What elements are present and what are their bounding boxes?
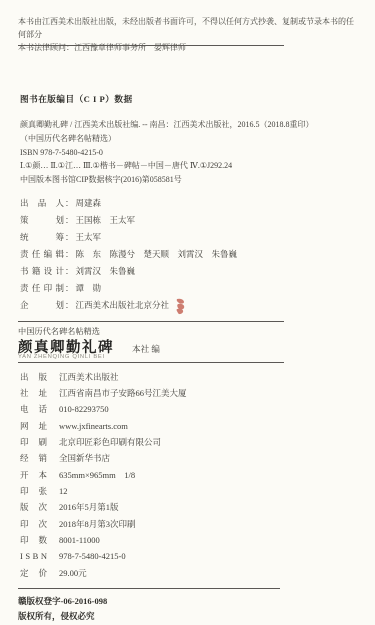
rights-statement: 版权所有，侵权必究 bbox=[18, 610, 95, 622]
divider-bottom bbox=[18, 588, 280, 589]
publication-details: 出 版江西美术出版社 社 址江西省南昌市子安路66号江美大厦 电 话010-82… bbox=[20, 369, 360, 581]
publication-row: 开 本635mm×965mm 1/8 bbox=[20, 467, 360, 483]
publication-label: 社 址 bbox=[20, 387, 47, 399]
staff-row: 出 品 人：周建森 bbox=[20, 194, 350, 211]
publication-value: 12 bbox=[59, 486, 68, 496]
publication-label: 网 址 bbox=[20, 420, 47, 432]
publication-value: 010-82293750 bbox=[59, 404, 109, 414]
publication-value: 2016年5月第1版 bbox=[59, 501, 119, 513]
publication-label: 经 销 bbox=[20, 452, 47, 464]
publication-row: 定 价29.00元 bbox=[20, 565, 360, 581]
staff-value: 王太军 bbox=[76, 231, 102, 243]
publication-label: 电 话 bbox=[20, 403, 47, 415]
staff-colon: ： bbox=[65, 197, 74, 209]
staff-value: 王国栋 王太军 bbox=[76, 214, 136, 226]
divider-under-title bbox=[18, 362, 284, 363]
legal-notice-line2: 本书法律顾问：江西豫章律师事务所 晏辉律师 bbox=[18, 41, 354, 54]
cip-body: 颜真卿勤礼碑 / 江西美术出版社编. -- 南昌：江西美术出版社，2016.5（… bbox=[20, 118, 360, 187]
red-seal-stamp-icon bbox=[175, 298, 187, 317]
publication-value: www.jxfinearts.com bbox=[59, 421, 128, 431]
publication-label: 印 张 bbox=[20, 485, 47, 497]
publication-value: 29.00元 bbox=[59, 567, 87, 579]
publication-value: 978-7-5480-4215-0 bbox=[59, 551, 126, 561]
publication-value: 8001-11000 bbox=[59, 535, 100, 545]
staff-row: 书籍设计：刘霄汉 朱鲁巍 bbox=[20, 262, 350, 279]
cip-line: 中国版本图书馆CIP数据核字(2016)第058581号 bbox=[20, 173, 360, 187]
staff-colon: ： bbox=[65, 265, 74, 277]
staff-label: 责任印制 bbox=[20, 282, 64, 294]
staff-colon: ： bbox=[65, 282, 74, 294]
staff-label: 企 划 bbox=[20, 299, 64, 311]
publication-row: I S B N978-7-5480-4215-0 bbox=[20, 548, 360, 564]
publication-row: 印 次2018年8月第3次印刷 bbox=[20, 516, 360, 532]
publication-value: 全国新华书店 bbox=[59, 452, 110, 464]
cip-line: Ⅰ.①颜… Ⅱ.①江… Ⅲ.①楷书－碑帖－中国－唐代 Ⅳ.①J292.24 bbox=[20, 159, 360, 173]
staff-label: 书籍设计 bbox=[20, 265, 64, 277]
legal-notice: 本书由江西美术出版社出版，未经出版者书面许可，不得以任何方式抄袭、复制或节录本书… bbox=[18, 15, 354, 54]
staff-label: 出 品 人 bbox=[20, 197, 64, 209]
staff-label: 策 划 bbox=[20, 214, 64, 226]
staff-row: 责任编辑：陈 东 陈漫兮 楚天顺 刘霄汉 朱鲁巍 bbox=[20, 245, 350, 262]
cip-line: ISBN 978-7-5480-4215-0 bbox=[20, 146, 360, 160]
staff-row: 统 筹：王太军 bbox=[20, 228, 350, 245]
staff-value: 周建森 bbox=[76, 197, 102, 209]
divider-middle bbox=[18, 321, 284, 322]
staff-credits: 出 品 人：周建森 策 划：王国栋 王太军 统 筹：王太军 责任编辑：陈 东 陈… bbox=[20, 194, 350, 314]
editor-credit: 本社 编 bbox=[132, 343, 160, 355]
legal-notice-line1: 本书由江西美术出版社出版，未经出版者书面许可，不得以任何方式抄袭、复制或节录本书… bbox=[18, 15, 354, 41]
publication-label: 定 价 bbox=[20, 567, 47, 579]
publication-label: 印 数 bbox=[20, 534, 47, 546]
publication-row: 经 销全国新华书店 bbox=[20, 450, 360, 466]
divider-top bbox=[18, 45, 284, 46]
staff-colon: ： bbox=[65, 231, 74, 243]
publication-label: 开 本 bbox=[20, 469, 47, 481]
cip-line: 颜真卿勤礼碑 / 江西美术出版社编. -- 南昌：江西美术出版社，2016.5（… bbox=[20, 118, 360, 132]
copyright-registration: 赣版权登字-06-2016-098 bbox=[18, 595, 107, 607]
copyright-page: 本书由江西美术出版社出版，未经出版者书面许可，不得以任何方式抄袭、复制或节录本书… bbox=[0, 0, 375, 625]
staff-colon: ： bbox=[65, 214, 74, 226]
publication-label: 印 刷 bbox=[20, 436, 47, 448]
publication-row: 社 址江西省南昌市子安路66号江美大厦 bbox=[20, 385, 360, 401]
staff-value: 陈 东 陈漫兮 楚天顺 刘霄汉 朱鲁巍 bbox=[76, 248, 238, 260]
publication-row: 电 话010-82293750 bbox=[20, 401, 360, 417]
publication-value: 江西省南昌市子安路66号江美大厦 bbox=[59, 387, 187, 399]
publication-row: 印 数8001-11000 bbox=[20, 532, 360, 548]
publication-row: 印 张12 bbox=[20, 483, 360, 499]
publication-value: 635mm×965mm 1/8 bbox=[59, 469, 135, 481]
publication-label: 版 次 bbox=[20, 501, 47, 513]
staff-value: 江西美术出版社北京分社 bbox=[76, 299, 170, 311]
staff-label: 责任编辑 bbox=[20, 248, 64, 260]
staff-value: 谭 勋 bbox=[76, 282, 102, 294]
publication-row: 印 刷北京印匠彩色印刷有限公司 bbox=[20, 434, 360, 450]
staff-row: 责任印制：谭 勋 bbox=[20, 279, 350, 296]
cip-line: （中国历代名碑名帖精选） bbox=[20, 132, 360, 146]
staff-row: 策 划：王国栋 王太军 bbox=[20, 211, 350, 228]
staff-colon: ： bbox=[65, 248, 74, 260]
staff-colon: ： bbox=[65, 299, 74, 311]
book-title-pinyin: YAN ZHENQING QINLI BEI bbox=[18, 354, 105, 360]
publication-row: 版 次2016年5月第1版 bbox=[20, 499, 360, 515]
publication-label: 出 版 bbox=[20, 371, 47, 383]
staff-label: 统 筹 bbox=[20, 231, 64, 243]
publication-row: 网 址www.jxfinearts.com bbox=[20, 418, 360, 434]
staff-row: 企 划：江西美术出版社北京分社 bbox=[20, 297, 350, 314]
staff-value: 刘霄汉 朱鲁巍 bbox=[76, 265, 136, 277]
publication-value: 北京印匠彩色印刷有限公司 bbox=[59, 436, 161, 448]
publication-value: 2018年8月第3次印刷 bbox=[59, 518, 136, 530]
publication-label: I S B N bbox=[20, 551, 47, 561]
cip-heading: 图书在版编目（C I P）数据 bbox=[20, 93, 133, 105]
publication-label: 印 次 bbox=[20, 518, 47, 530]
publication-row: 出 版江西美术出版社 bbox=[20, 369, 360, 385]
publication-value: 江西美术出版社 bbox=[59, 371, 119, 383]
